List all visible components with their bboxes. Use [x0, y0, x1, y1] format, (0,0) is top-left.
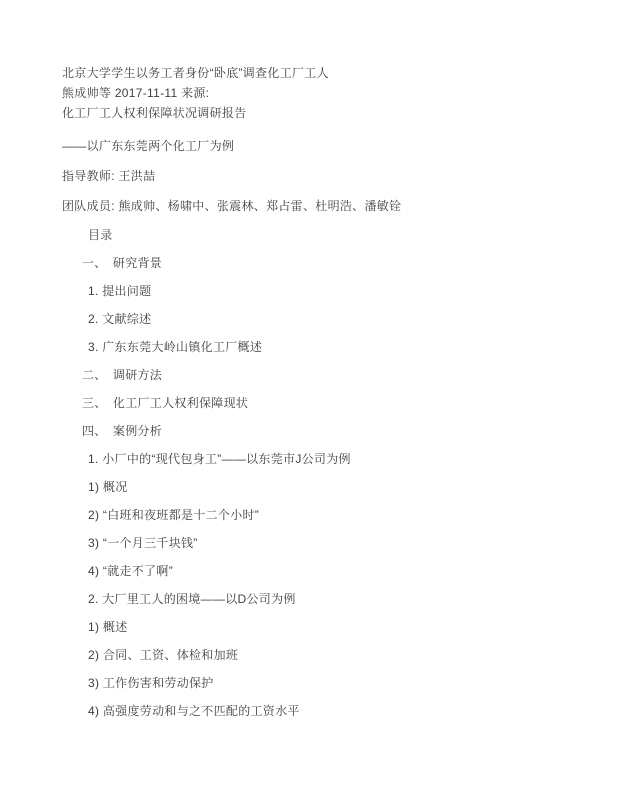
toc-heading: 目录: [88, 221, 578, 249]
table-of-contents: 目录 一、 研究背景1. 提出问题2. 文献综述3. 广东东莞大岭山镇化工厂概述…: [62, 221, 578, 725]
toc-item: 4) “就走不了啊”: [88, 557, 578, 585]
toc-item: 1. 提出问题: [88, 277, 578, 305]
toc-item: 1) 概况: [88, 473, 578, 501]
toc-item: 3. 广东东莞大岭山镇化工厂概述: [88, 333, 578, 361]
toc-item: 3) “一个月三千块钱”: [88, 529, 578, 557]
document-page: 北京大学学生以务工者身份“卧底”调查化工厂工人 熊成帅等 2017-11-11 …: [0, 0, 618, 799]
advisor-line: 指导教师: 王洪喆: [62, 161, 578, 191]
toc-list: 一、 研究背景1. 提出问题2. 文献综述3. 广东东莞大岭山镇化工厂概述二、 …: [62, 249, 578, 725]
report-subtitle: ——以广东东莞两个化工厂为例: [62, 131, 578, 161]
article-title: 北京大学学生以务工者身份“卧底”调查化工厂工人: [62, 63, 578, 83]
toc-item: 2. 大厂里工人的困境——以D公司为例: [88, 585, 578, 613]
toc-item: 3) 工作伤害和劳动保护: [88, 669, 578, 697]
toc-item: 四、 案例分析: [82, 417, 578, 445]
team-line: 团队成员: 熊成帅、杨啸中、张震林、郑占雷、杜明浩、潘敏铨: [62, 191, 578, 221]
toc-item: 一、 研究背景: [82, 249, 578, 277]
toc-item: 三、 化工厂工人权利保障现状: [82, 389, 578, 417]
article-byline: 熊成帅等 2017-11-11 来源:: [62, 83, 578, 103]
toc-item: 2) 合同、工资、体检和加班: [88, 641, 578, 669]
toc-item: 1. 小厂中的“现代包身工”——以东莞市J公司为例: [88, 445, 578, 473]
toc-item: 1) 概述: [88, 613, 578, 641]
toc-item: 二、 调研方法: [82, 361, 578, 389]
toc-item: 4) 高强度劳动和与之不匹配的工资水平: [88, 697, 578, 725]
report-title: 化工厂工人权利保障状况调研报告: [62, 103, 578, 123]
toc-item: 2. 文献综述: [88, 305, 578, 333]
toc-item: 2) “白班和夜班都是十二个小时”: [88, 501, 578, 529]
